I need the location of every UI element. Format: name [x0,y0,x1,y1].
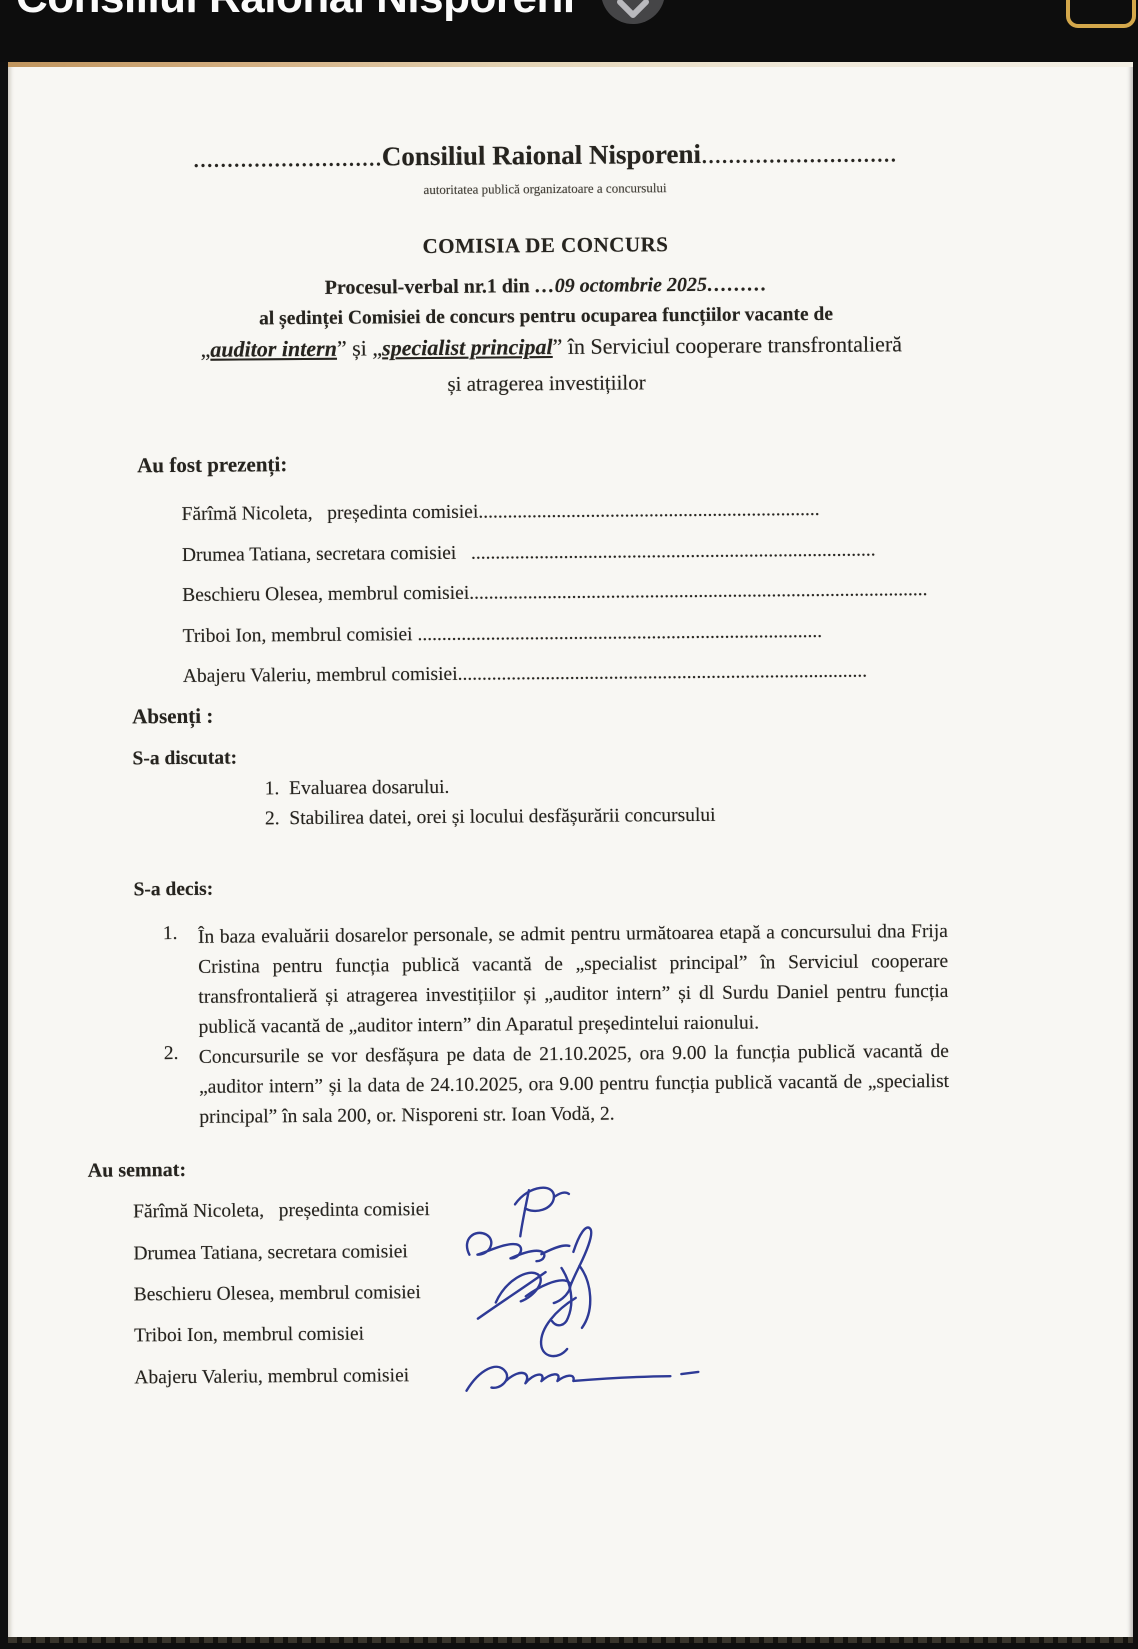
app-header: Consiliul Raional Nisporeni [0,0,1138,62]
discussed-item: 2. Stabilirea datei, orei și locului des… [265,805,716,831]
signed-member-row: Abajeru Valeriu, membrul comisiei [134,1365,409,1389]
org-leader-right: ............................. [701,137,897,169]
absent-label: Absenți : [132,704,213,730]
page-title: Consiliul Raional Nisporeni [16,0,575,22]
position-1: auditor intern [210,336,337,362]
quote-open: „ [200,337,210,362]
org-header-line: ............................Consiliul Ra… [85,136,1005,174]
decided-label: S-a decis: [133,879,213,902]
signed-member-row: Drumea Tatiana, secretara comisiei [133,1241,408,1265]
discussed-item: 1. Evaluarea dosarului. [265,777,450,800]
discussed-label: S-a discutat: [132,748,237,771]
present-label: Au fost prezenți: [137,452,287,478]
positions-tail: ” în Serviciul cooperare transfrontalier… [552,331,902,359]
present-member-row: Beschieru Olesea, membrul comisiei......… [182,579,972,607]
org-subtitle: autoritatea publică organizatoare a conc… [85,177,1005,200]
positions-line-2: și atragerea investițiilor [86,367,1006,399]
protocol-date: …09 octombrie 2025……… [535,273,767,297]
signature-abajeru-valeriu [466,1365,698,1391]
decided-item-number: 2. [164,1043,179,1065]
decided-item-text: Concursurile se vor desfășura pe data de… [199,1037,950,1133]
doc-title: COMISIA DE CONCURS [85,229,1005,261]
decided-item-text: În baza evaluării dosarelor personale, s… [198,917,949,1043]
discussed-item-text: Evaluarea dosarului. [289,777,449,799]
position-2: specialist principal [382,334,553,360]
org-name: Consiliul Raional Nisporeni [382,139,701,172]
signature-farima-nicoleta [515,1188,569,1237]
protocol-prefix: Procesul-verbal nr.1 din [325,275,535,299]
present-member-row: Abajeru Valeriu, membrul comisiei.......… [183,660,973,688]
positions-separator: ” și „ [337,335,382,360]
handwritten-signatures [433,1167,735,1409]
protocol-line: Procesul-verbal nr.1 din …09 octombrie 2… [86,271,1006,301]
present-member-row: Drumea Tatiana, secretara comisiei .....… [182,539,972,567]
session-line: al ședinței Comisiei de concurs pentru o… [86,302,1006,331]
discussed-item-number: 2. [265,808,280,829]
positions-line: „auditor intern” și „specialist principa… [56,330,1046,364]
discussed-item-text: Stabilirea datei, orei și locului desfăș… [289,805,715,829]
present-member-row: Fărîmă Nicoleta, președinta comisiei....… [182,498,972,526]
bookmark-icon[interactable] [1066,0,1136,28]
document-content: ............................Consiliul Ra… [0,0,1138,1649]
signed-member-row: Triboi Ion, membrul comisiei [134,1324,364,1348]
signature-beschieru-olesea [478,1266,591,1329]
decided-item-number: 1. [163,923,178,945]
org-leader-left: ............................ [193,141,382,172]
discussed-item-number: 1. [265,778,280,799]
signed-member-row: Beschieru Olesea, membrul comisiei [134,1282,421,1306]
present-member-row: Triboi Ion, membrul comisiei ...........… [182,620,972,648]
signature-drumea-tatiana [467,1227,592,1288]
signed-label: Au semnat: [88,1159,187,1183]
signed-member-row: Fărîmă Nicoleta, președinta comisiei [133,1199,430,1223]
chevron-down-icon [615,0,651,20]
collapse-button[interactable] [601,0,665,24]
